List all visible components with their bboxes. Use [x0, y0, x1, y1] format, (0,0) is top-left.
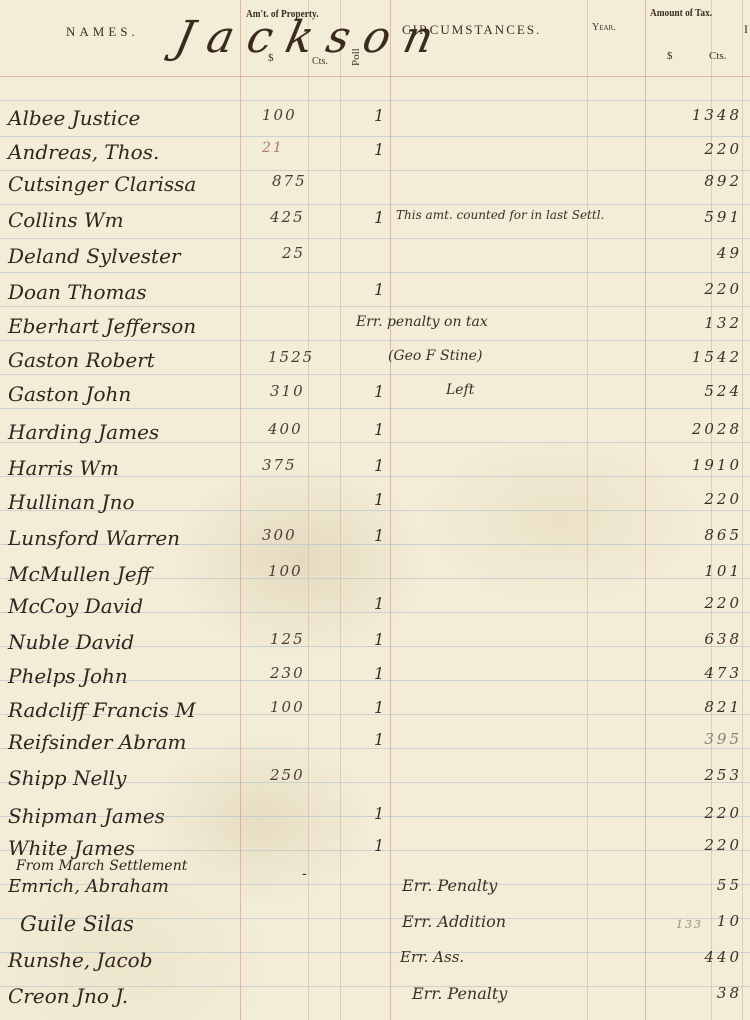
property-amount: 250: [270, 766, 330, 784]
ledger-row: Guile Silas Err. Addition 133 10: [0, 912, 750, 946]
tax-ledger-page: NAMES. Am't. of Property. $ Cts. Poll CI…: [0, 0, 750, 1020]
tax-amount: 821: [662, 698, 742, 716]
ledger-row: Cutsinger Clarissa 875 892: [0, 172, 750, 206]
tax-amount: 1348: [662, 106, 742, 124]
property-amount: 100: [270, 698, 330, 716]
property-amount: 400: [268, 420, 328, 438]
property-amount: 1525: [268, 348, 328, 366]
header-rule: [0, 76, 750, 77]
tax-amount: 220: [662, 280, 742, 298]
tax-amount: 220: [662, 804, 742, 822]
tax-amount: 38: [662, 984, 742, 1002]
header-year: Year.: [592, 22, 616, 33]
tax-amount: 524: [662, 382, 742, 400]
poll-mark: 1: [374, 140, 384, 159]
taxpayer-name: Shipman James: [8, 804, 165, 828]
tax-amount: 220: [662, 140, 742, 158]
ledger-row: Reifsinder Abram 1 395: [0, 730, 750, 764]
poll-mark: 1: [374, 456, 384, 475]
property-amount: 100: [262, 106, 322, 124]
tax-amount: 2028: [662, 420, 742, 438]
tax-amount: 220: [662, 836, 742, 854]
taxpayer-name: Emrich, Abraham: [8, 876, 169, 897]
tax-amount: 55: [662, 876, 742, 894]
taxpayer-name: McMullen Jeff: [8, 562, 151, 586]
taxpayer-name: White James: [8, 836, 135, 860]
tax-amount: 440: [662, 948, 742, 966]
property-amount: 125: [270, 630, 330, 648]
taxpayer-name: Lunsford Warren: [8, 526, 180, 550]
township-signature: Jackson: [171, 12, 452, 63]
tax-amount: 220: [662, 594, 742, 612]
property-amount: 310: [270, 382, 330, 400]
ledger-row: Shipp Nelly 250 253: [0, 766, 750, 800]
ledger-row: Emrich, Abraham Err. Penalty 55: [0, 876, 750, 910]
poll-mark: 1: [374, 490, 384, 509]
ledger-row: Doan Thomas 1 220: [0, 280, 750, 314]
tax-amount: 1910: [662, 456, 742, 474]
ledger-row: Creon Jno J. Err. Penalty 38: [0, 984, 750, 1018]
poll-mark: 1: [374, 730, 384, 749]
taxpayer-name: Gaston Robert: [8, 348, 155, 372]
poll-mark: 1: [374, 420, 384, 439]
circumstances-note: Err. Penalty: [412, 984, 507, 1003]
tax-amount: 591: [662, 208, 742, 226]
tax-amount: 253: [662, 766, 742, 784]
tax-amount: 220: [662, 490, 742, 508]
ledger-row: Andreas, Thos. 21 1 220: [0, 140, 750, 174]
poll-mark: 1: [374, 630, 384, 649]
poll-mark: 1: [374, 836, 384, 855]
property-amount: 300: [262, 526, 322, 544]
taxpayer-name: Radcliff Francis M: [8, 698, 196, 722]
ledger-row: McCoy David 1 220: [0, 594, 750, 628]
poll-mark: 1: [374, 208, 384, 227]
taxpayer-name: McCoy David: [8, 594, 143, 618]
ledger-row: Eberhart Jefferson Err. penalty on tax 1…: [0, 314, 750, 348]
tax-amount: 1542: [662, 348, 742, 366]
ledger-row: Phelps John 230 1 473: [0, 664, 750, 698]
taxpayer-name: Harris Wm: [8, 456, 119, 480]
ledger-row: Harris Wm 375 1 1910: [0, 456, 750, 490]
ledger-row: Gaston John 310 1 Left 524: [0, 382, 750, 416]
tax-amount: 473: [662, 664, 742, 682]
taxpayer-name: Gaston John: [8, 382, 131, 406]
header-amount-of-tax: Amount of Tax.: [650, 7, 712, 19]
taxpayer-name: Albee Justice: [8, 106, 140, 130]
taxpayer-name: Collins Wm: [8, 208, 124, 232]
property-amount: 21: [262, 140, 322, 156]
tax-amount: 892: [662, 172, 742, 190]
poll-mark: 1: [374, 280, 384, 299]
ledger-row: McMullen Jeff 100 101: [0, 562, 750, 596]
tax-amount: 101: [662, 562, 742, 580]
ledger-row: Shipman James 1 220: [0, 804, 750, 838]
ledger-row: Collins Wm 425 1 This amt. counted for i…: [0, 208, 750, 242]
ledger-row: Albee Justice 100 1 1348: [0, 106, 750, 140]
taxpayer-name: Cutsinger Clarissa: [8, 172, 196, 196]
circumstances-note: (Geo F Stine): [388, 348, 482, 364]
taxpayer-name: Andreas, Thos.: [8, 140, 159, 164]
tax-amount: 132: [662, 314, 742, 332]
taxpayer-name: Creon Jno J.: [8, 984, 128, 1008]
ledger-row: Radcliff Francis M 100 1 821: [0, 698, 750, 732]
taxpayer-name: Nuble David: [8, 630, 134, 654]
ledger-row: Runshe, Jacob Err. Ass. 440: [0, 948, 750, 982]
poll-mark: 1: [374, 526, 384, 545]
ledger-row: Lunsford Warren 300 1 865: [0, 526, 750, 560]
taxpayer-name: Phelps John: [8, 664, 128, 688]
poll-mark: 1: [374, 382, 384, 401]
property-amount: 875: [272, 172, 332, 190]
taxpayer-name: Hullinan Jno: [8, 490, 135, 514]
taxpayer-name: Deland Sylvester: [8, 244, 180, 268]
taxpayer-name: Harding James: [8, 420, 159, 444]
property-amount: 230: [270, 664, 330, 682]
tax-amount: 395: [662, 730, 742, 748]
circumstances-note: Err. Ass.: [400, 948, 464, 966]
header-edge-letter: I: [744, 22, 748, 37]
poll-mark: 1: [374, 698, 384, 717]
header-names: NAMES.: [66, 24, 139, 40]
circumstances-note: Err. penalty on tax: [356, 314, 488, 330]
circumstances-note: Err. Penalty: [402, 876, 497, 895]
ledger-row: Nuble David 125 1 638: [0, 630, 750, 664]
property-amount: 100: [268, 562, 328, 580]
property-amount: 425: [270, 208, 330, 226]
taxpayer-name: Guile Silas: [20, 912, 134, 936]
header-tax-dollars: $: [667, 50, 673, 62]
poll-mark: 1: [374, 594, 384, 613]
taxpayer-name: Runshe, Jacob: [8, 948, 153, 972]
tax-amount: 638: [662, 630, 742, 648]
circumstances-note: Left: [446, 382, 474, 398]
header-tax-cents: Cts.: [709, 50, 726, 62]
ledger-row: Deland Sylvester 25 49: [0, 244, 750, 278]
tax-amount: 49: [662, 244, 742, 262]
taxpayer-name: Shipp Nelly: [8, 766, 126, 790]
property-amount: 25: [282, 244, 342, 262]
ledger-row: Gaston Robert 1525 (Geo F Stine) 1542: [0, 348, 750, 382]
section-note: From March Settlement: [16, 858, 187, 874]
poll-mark: 1: [374, 804, 384, 823]
taxpayer-name: Doan Thomas: [8, 280, 147, 304]
ruled-line: [0, 100, 750, 101]
taxpayer-name: Eberhart Jefferson: [8, 314, 196, 338]
ledger-row: Hullinan Jno 1 220: [0, 490, 750, 524]
taxpayer-name: Reifsinder Abram: [8, 730, 187, 754]
tax-amount: 10: [662, 912, 742, 930]
property-amount: 375: [262, 456, 322, 474]
tax-amount: 865: [662, 526, 742, 544]
poll-mark: 1: [374, 106, 384, 125]
ledger-row: Harding James 400 1 2028: [0, 420, 750, 454]
circumstances-note: This amt. counted for in last Settl.: [396, 208, 604, 222]
poll-mark: 1: [374, 664, 384, 683]
circumstances-note: Err. Addition: [402, 912, 506, 931]
